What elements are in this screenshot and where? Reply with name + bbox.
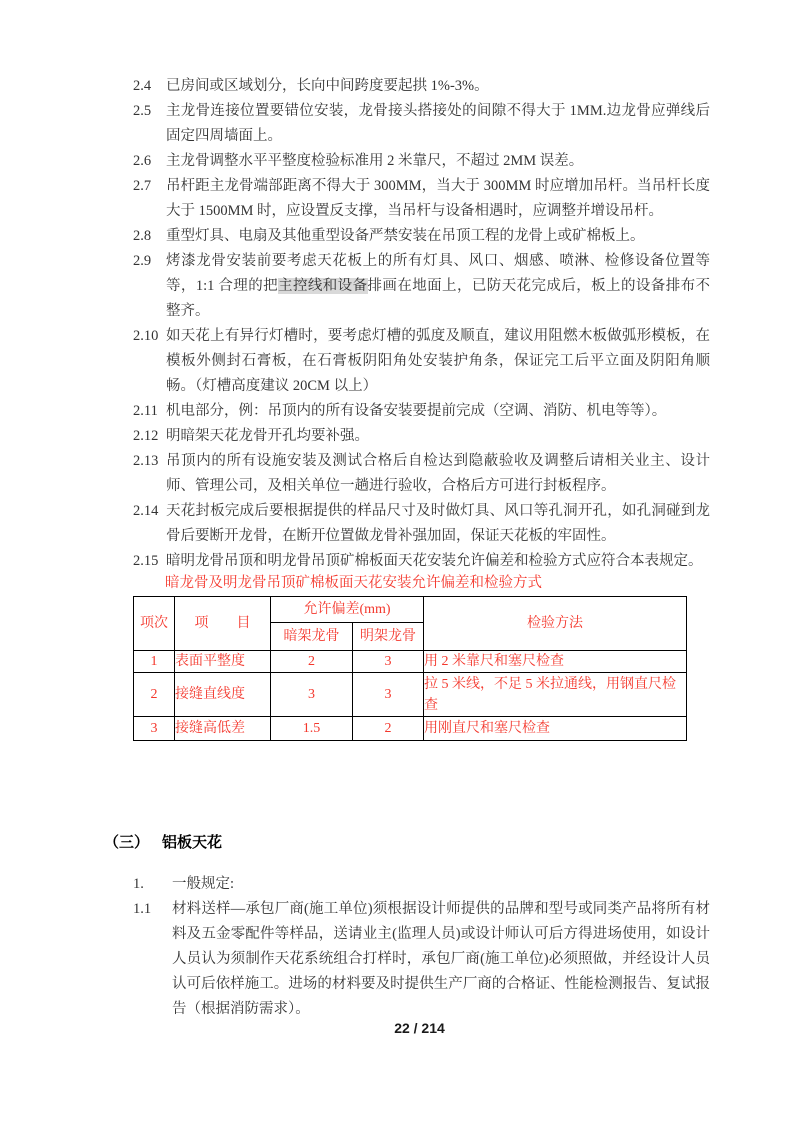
- table-cell-no: 3: [134, 717, 175, 741]
- item-number: 2.8: [133, 224, 166, 249]
- table-cell-hidden: 2: [271, 651, 353, 673]
- item-text: 主龙骨连接位置要错位安装，龙骨接头搭接处的间隙不得大于 1MM.边龙骨应弹线后固…: [166, 99, 710, 149]
- table-header-method: 检验方法: [424, 597, 687, 651]
- item-number: 2.13: [133, 449, 166, 499]
- list-item: 1.1材料送样—承包厂商(施工单位)须根据设计师提供的品牌和型号或同类产品将所有…: [133, 897, 710, 1022]
- table-cell-item: 表面平整度: [175, 651, 271, 673]
- table-cell-hidden: 1.5: [271, 717, 353, 741]
- item-text: 吊顶内的所有设施安装及测试合格后自检达到隐蔽验收及调整后请相关业主、设计师、管理…: [166, 449, 710, 499]
- highlighted-text: 主控线和设备: [278, 278, 367, 294]
- table-cell-item: 接缝高低差: [175, 717, 271, 741]
- table-cell-exposed: 3: [353, 673, 424, 717]
- list-item: 2.10如天花上有异行灯槽时，要考虑灯槽的弧度及顺直，建议用阻燃木板做弧形模板，…: [133, 324, 710, 399]
- numbered-list: 2.4已房间或区域划分，长向中间跨度要起拱 1%-3%。 2.5主龙骨连接位置要…: [133, 74, 710, 574]
- list-item: 2.5主龙骨连接位置要错位安装，龙骨接头搭接处的间隙不得大于 1MM.边龙骨应弹…: [133, 99, 710, 149]
- table-cell-method: 用 2 米靠尺和塞尺检查: [424, 651, 687, 673]
- item-text: 暗明龙骨吊顶和明龙骨吊顶矿棉板面天花安装允许偏差和检验方式应符合本表规定。: [166, 549, 710, 574]
- page-number: 22 / 214: [133, 1019, 706, 1037]
- item-number: 2.10: [133, 324, 166, 399]
- table-cell-hidden: 3: [271, 673, 353, 717]
- item-text: 吊杆距主龙骨端部距离不得大于 300MM，当大于 300MM 时应增加吊杆。当吊…: [166, 174, 710, 224]
- list-item: 2.15暗明龙骨吊顶和明龙骨吊顶矿棉板面天花安装允许偏差和检验方式应符合本表规定…: [133, 549, 710, 574]
- table-cell-method: 拉 5 米线，不足 5 米拉通线，用钢直尺检查: [424, 673, 687, 717]
- list-item: 2.14天花封板完成后要根据提供的样品尺寸及时做灯具、风口等孔洞开孔，如孔洞碰到…: [133, 499, 710, 549]
- item-number: 2.6: [133, 149, 166, 174]
- section-number: （三）: [104, 835, 149, 851]
- section-title: 铝板天花: [162, 835, 222, 851]
- item-number: 2.4: [133, 74, 166, 99]
- list-item: 1.一般规定:: [133, 872, 710, 897]
- table-header-exposed-grid: 明架龙骨: [353, 623, 424, 651]
- table-row: 2 接缝直线度 3 3 拉 5 米线，不足 5 米拉通线，用钢直尺检查: [134, 673, 687, 717]
- table-row: 1 表面平整度 2 3 用 2 米靠尺和塞尺检查: [134, 651, 687, 673]
- table-cell-exposed: 2: [353, 717, 424, 741]
- item-text: 已房间或区域划分，长向中间跨度要起拱 1%-3%。: [166, 74, 710, 99]
- general-rules-list: 1.一般规定: 1.1材料送样—承包厂商(施工单位)须根据设计师提供的品牌和型号…: [133, 872, 710, 1022]
- item-number: 2.9: [133, 249, 166, 324]
- list-item: 2.13吊顶内的所有设施安装及测试合格后自检达到隐蔽验收及调整后请相关业主、设计…: [133, 449, 710, 499]
- table-row: 3 接缝高低差 1.5 2 用刚直尺和塞尺检查: [134, 717, 687, 741]
- list-item: 2.8重型灯具、电扇及其他重型设备严禁安装在吊顶工程的龙骨上或矿棉板上。: [133, 224, 710, 249]
- item-number: 2.12: [133, 424, 166, 449]
- item-text: 天花封板完成后要根据提供的样品尺寸及时做灯具、风口等孔洞开孔，如孔洞碰到龙骨后要…: [166, 499, 710, 549]
- table-header-deviation: 允许偏差(mm): [271, 597, 424, 623]
- item-text: 机电部分，例：吊顶内的所有设备安装要提前完成（空调、消防、机电等等）。: [166, 399, 710, 424]
- table-cell-item: 接缝直线度: [175, 673, 271, 717]
- item-number: 2.7: [133, 174, 166, 224]
- section-heading: （三） 铝板天花: [104, 835, 222, 851]
- item-number: 1.1: [133, 897, 172, 1022]
- item-text: 重型灯具、电扇及其他重型设备严禁安装在吊顶工程的龙骨上或矿棉板上。: [166, 224, 710, 249]
- table-cell-no: 1: [134, 651, 175, 673]
- item-text: 材料送样—承包厂商(施工单位)须根据设计师提供的品牌和型号或同类产品将所有材料及…: [172, 897, 710, 1022]
- item-number: 2.14: [133, 499, 166, 549]
- list-item: 2.11机电部分，例：吊顶内的所有设备安装要提前完成（空调、消防、机电等等）。: [133, 399, 710, 424]
- list-item: 2.6主龙骨调整水平平整度检验标准用 2 米靠尺，不超过 2MM 误差。: [133, 149, 710, 174]
- item-number: 2.11: [133, 399, 166, 424]
- item-text: 烤漆龙骨安装前要考虑天花板上的所有灯具、风口、烟感、喷淋、检修设备位置等等，1:…: [166, 249, 710, 324]
- deviation-table: 项次 项 目 允许偏差(mm) 检验方法 暗架龙骨 明架龙骨 1 表面平整度 2…: [133, 596, 687, 741]
- table-header-item: 项 目: [175, 597, 271, 651]
- list-item: 2.4已房间或区域划分，长向中间跨度要起拱 1%-3%。: [133, 74, 710, 99]
- item-text: 一般规定:: [172, 872, 710, 897]
- document-page: 2.4已房间或区域划分，长向中间跨度要起拱 1%-3%。 2.5主龙骨连接位置要…: [0, 0, 793, 1122]
- list-item: 2.12明暗架天花龙骨开孔均要补强。: [133, 424, 710, 449]
- table-title: 暗龙骨及明龙骨吊顶矿棉板面天花安装允许偏差和检验方式: [165, 572, 542, 594]
- item-text: 主龙骨调整水平平整度检验标准用 2 米靠尺，不超过 2MM 误差。: [166, 149, 710, 174]
- item-text: 如天花上有异行灯槽时，要考虑灯槽的弧度及顺直，建议用阻燃木板做弧形模板，在模板外…: [166, 324, 710, 399]
- table-header-hidden-grid: 暗架龙骨: [271, 623, 353, 651]
- list-item: 2.9烤漆龙骨安装前要考虑天花板上的所有灯具、风口、烟感、喷淋、检修设备位置等等…: [133, 249, 710, 324]
- item-number: 2.5: [133, 99, 166, 149]
- table-cell-exposed: 3: [353, 651, 424, 673]
- item-text: 明暗架天花龙骨开孔均要补强。: [166, 424, 710, 449]
- list-item: 2.7吊杆距主龙骨端部距离不得大于 300MM，当大于 300MM 时应增加吊杆…: [133, 174, 710, 224]
- item-number: 1.: [133, 872, 172, 897]
- table-header-item-no: 项次: [134, 597, 175, 651]
- table-cell-no: 2: [134, 673, 175, 717]
- item-number: 2.15: [133, 549, 166, 574]
- table-cell-method: 用刚直尺和塞尺检查: [424, 717, 687, 741]
- table-header-row: 项次 项 目 允许偏差(mm) 检验方法: [134, 597, 687, 623]
